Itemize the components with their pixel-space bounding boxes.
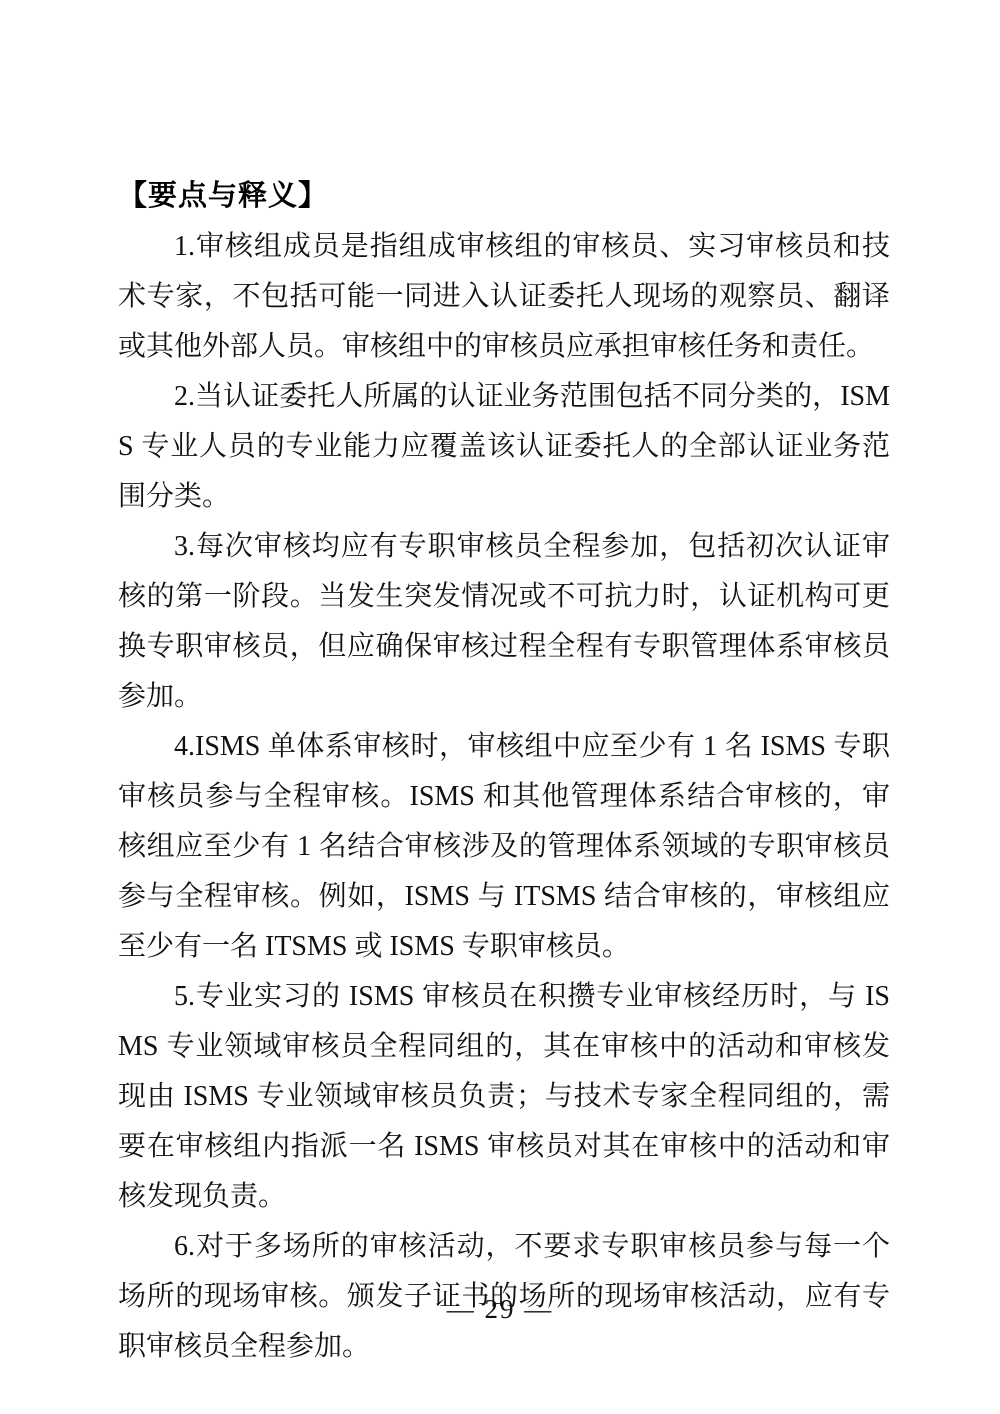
paragraph-1: 1.审核组成员是指组成审核组的审核员、实习审核员和技术专家，不包括可能一同进入认… [118,222,890,372]
paragraph-2: 2.当认证委托人所属的认证业务范围包括不同分类的，ISMS 专业人员的专业能力应… [118,372,890,522]
document-page: 【要点与释义】 1.审核组成员是指组成审核组的审核员、实习审核员和技术专家，不包… [0,0,1000,1414]
paragraph-5: 5.专业实习的 ISMS 审核员在积攒专业审核经历时，与 ISMS 专业领域审核… [118,972,890,1222]
paragraph-3: 3.每次审核均应有专职审核员全程参加，包括初次认证审核的第一阶段。当发生突发情况… [118,522,890,722]
page-number: — 29 — [0,1292,1000,1326]
page-content: 【要点与释义】 1.审核组成员是指组成审核组的审核员、实习审核员和技术专家，不包… [118,170,890,1372]
paragraph-4: 4.ISMS 单体系审核时，审核组中应至少有 1 名 ISMS 专职审核员参与全… [118,722,890,972]
section-heading: 【要点与释义】 [118,170,890,222]
